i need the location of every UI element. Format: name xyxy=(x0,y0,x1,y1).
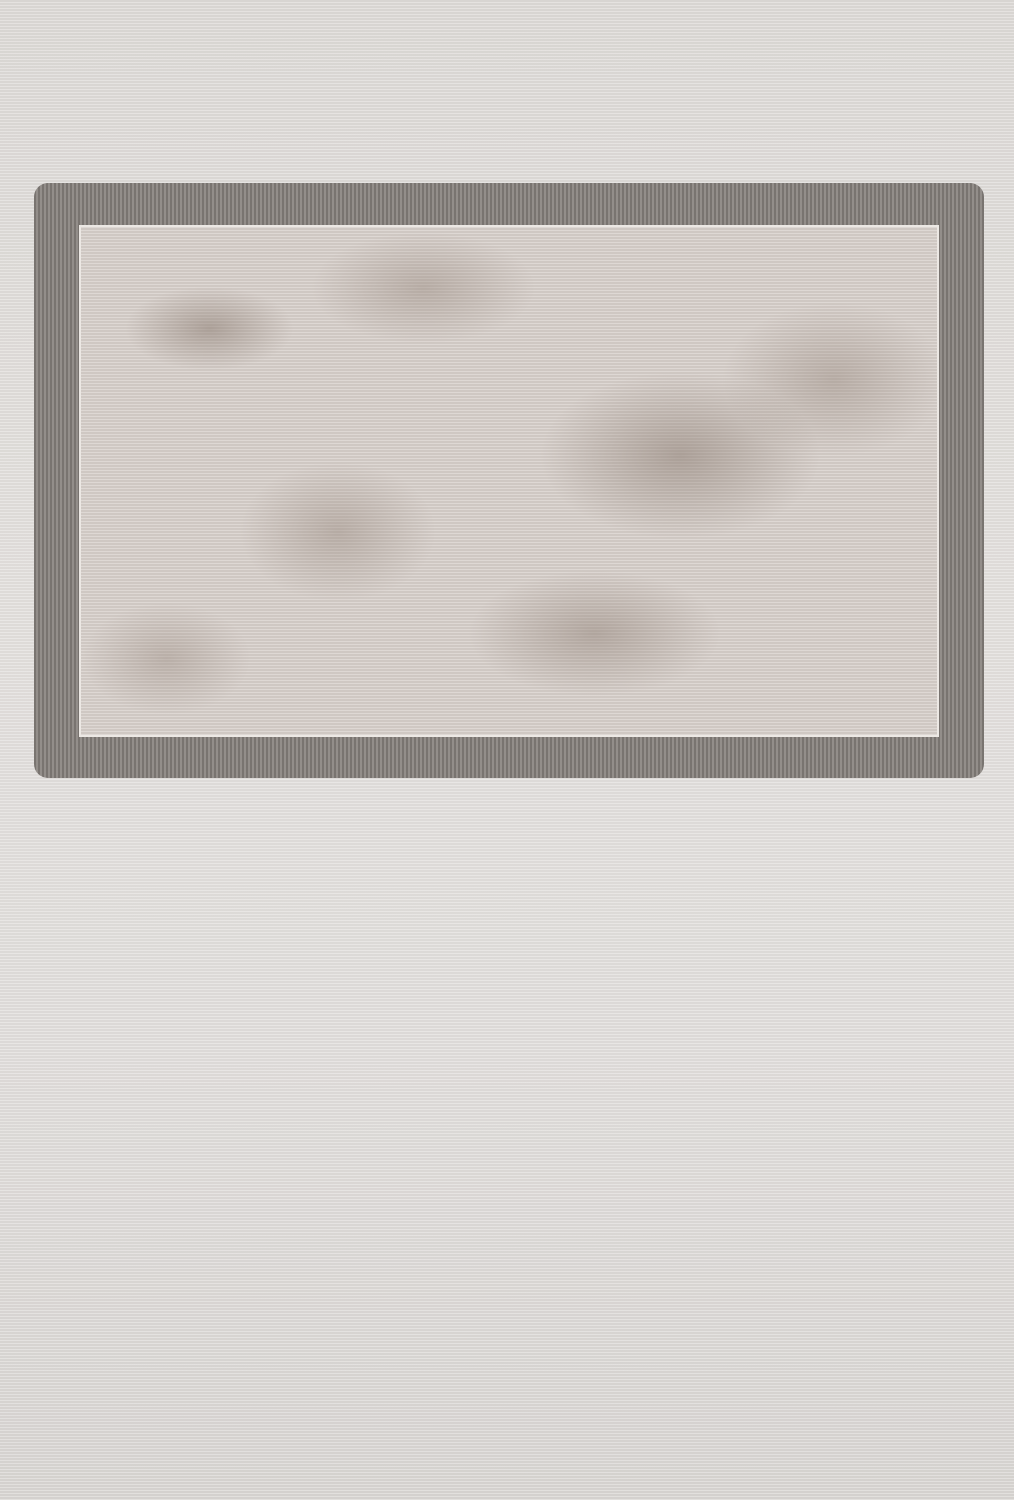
rug-background xyxy=(0,0,1014,1500)
rug-inner-field xyxy=(81,227,937,735)
